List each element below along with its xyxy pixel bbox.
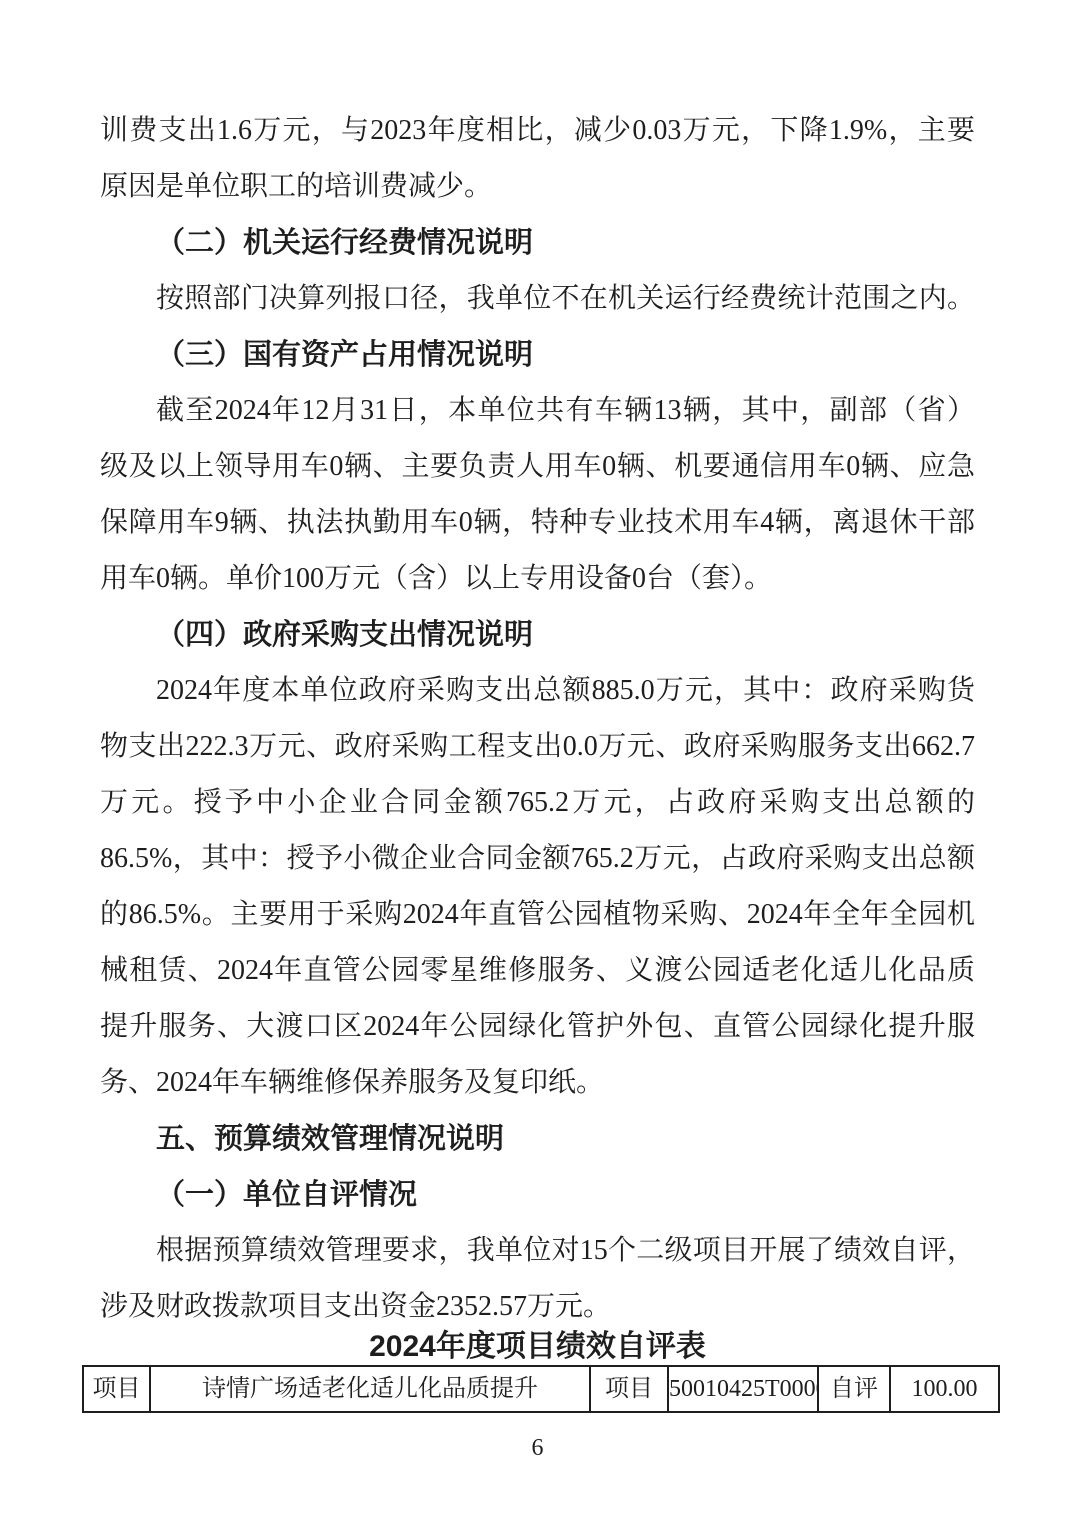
section-heading: （三）国有资产占用情况说明 [100,327,975,383]
text-line: 86.5%，其中：授予小微企业合同金额765.2万元，占政府采购支出总额 [100,831,975,887]
section-heading: （四）政府采购支出情况说明 [100,607,975,663]
text-line: 按照部门决算列报口径，我单位不在机关运行经费统计范围之内。 [100,271,975,327]
document-page: 训费支出1.6万元，与2023年度相比，减少0.03万元，下降1.9%，主要 原… [0,0,1075,1520]
text-line: 用车0辆。单价100万元（含）以上专用设备0台（套）。 [100,551,975,607]
text-line: 保障用车9辆、执法执勤用车0辆，特种专业技术用车4辆，离退休干部 [100,495,975,551]
text-line: 2024年度本单位政府采购支出总额885.0万元，其中：政府采购货 [100,663,975,719]
text-line: 务、2024年车辆维修保养服务及复印纸。 [100,1055,975,1111]
section-heading: 五、预算绩效管理情况说明 [100,1111,975,1167]
text-line: 物支出222.3万元、政府采购工程支出0.0万元、政府采购服务支出662.7 [100,719,975,775]
table-cell-selfeval-label: 自评 [817,1367,889,1411]
text-line: 截至2024年12月31日，本单位共有车辆13辆，其中，副部（省） [100,383,975,439]
performance-self-evaluation-table: 项目 诗情广场适老化适儿化品质提升 项目 50010425T0000 自评 10… [82,1365,1000,1413]
section-heading: （一）单位自评情况 [100,1167,975,1223]
section-heading: （二）机关运行经费情况说明 [100,215,975,271]
text-line: 训费支出1.6万元，与2023年度相比，减少0.03万元，下降1.9%，主要 [100,103,975,159]
text-line: 根据预算绩效管理要求，我单位对15个二级项目开展了绩效自评， [100,1223,975,1279]
text-line: 提升服务、大渡口区2024年公园绿化管护外包、直管公园绿化提升服 [100,999,975,1055]
text-line: 万元。授予中小企业合同金额765.2万元，占政府采购支出总额的 [100,775,975,831]
table-cell-score: 100.00 [889,1367,998,1411]
text-line: 涉及财政拨款项目支出资金2352.57万元。 [100,1279,975,1335]
text-line: 的86.5%。主要用于采购2024年直管公园植物采购、2024年全年全园机 [100,887,975,943]
text-line: 原因是单位职工的培训费减少。 [100,159,975,215]
text-line: 械租赁、2024年直管公园零星维修服务、义渡公园适老化适儿化品质 [100,943,975,999]
table-cell-project-label: 项目 [84,1367,149,1411]
document-body: 训费支出1.6万元，与2023年度相比，减少0.03万元，下降1.9%，主要 原… [100,103,975,1413]
table-cell-project-code: 50010425T0000 [667,1367,817,1411]
text-line: 级及以上领导用车0辆、主要负责人用车0辆、机要通信用车0辆、应急 [100,439,975,495]
table-cell-project-label: 项目 [589,1367,667,1411]
table-cell-project-name: 诗情广场适老化适儿化品质提升 [149,1367,589,1411]
page-number: 6 [0,1432,1075,1464]
